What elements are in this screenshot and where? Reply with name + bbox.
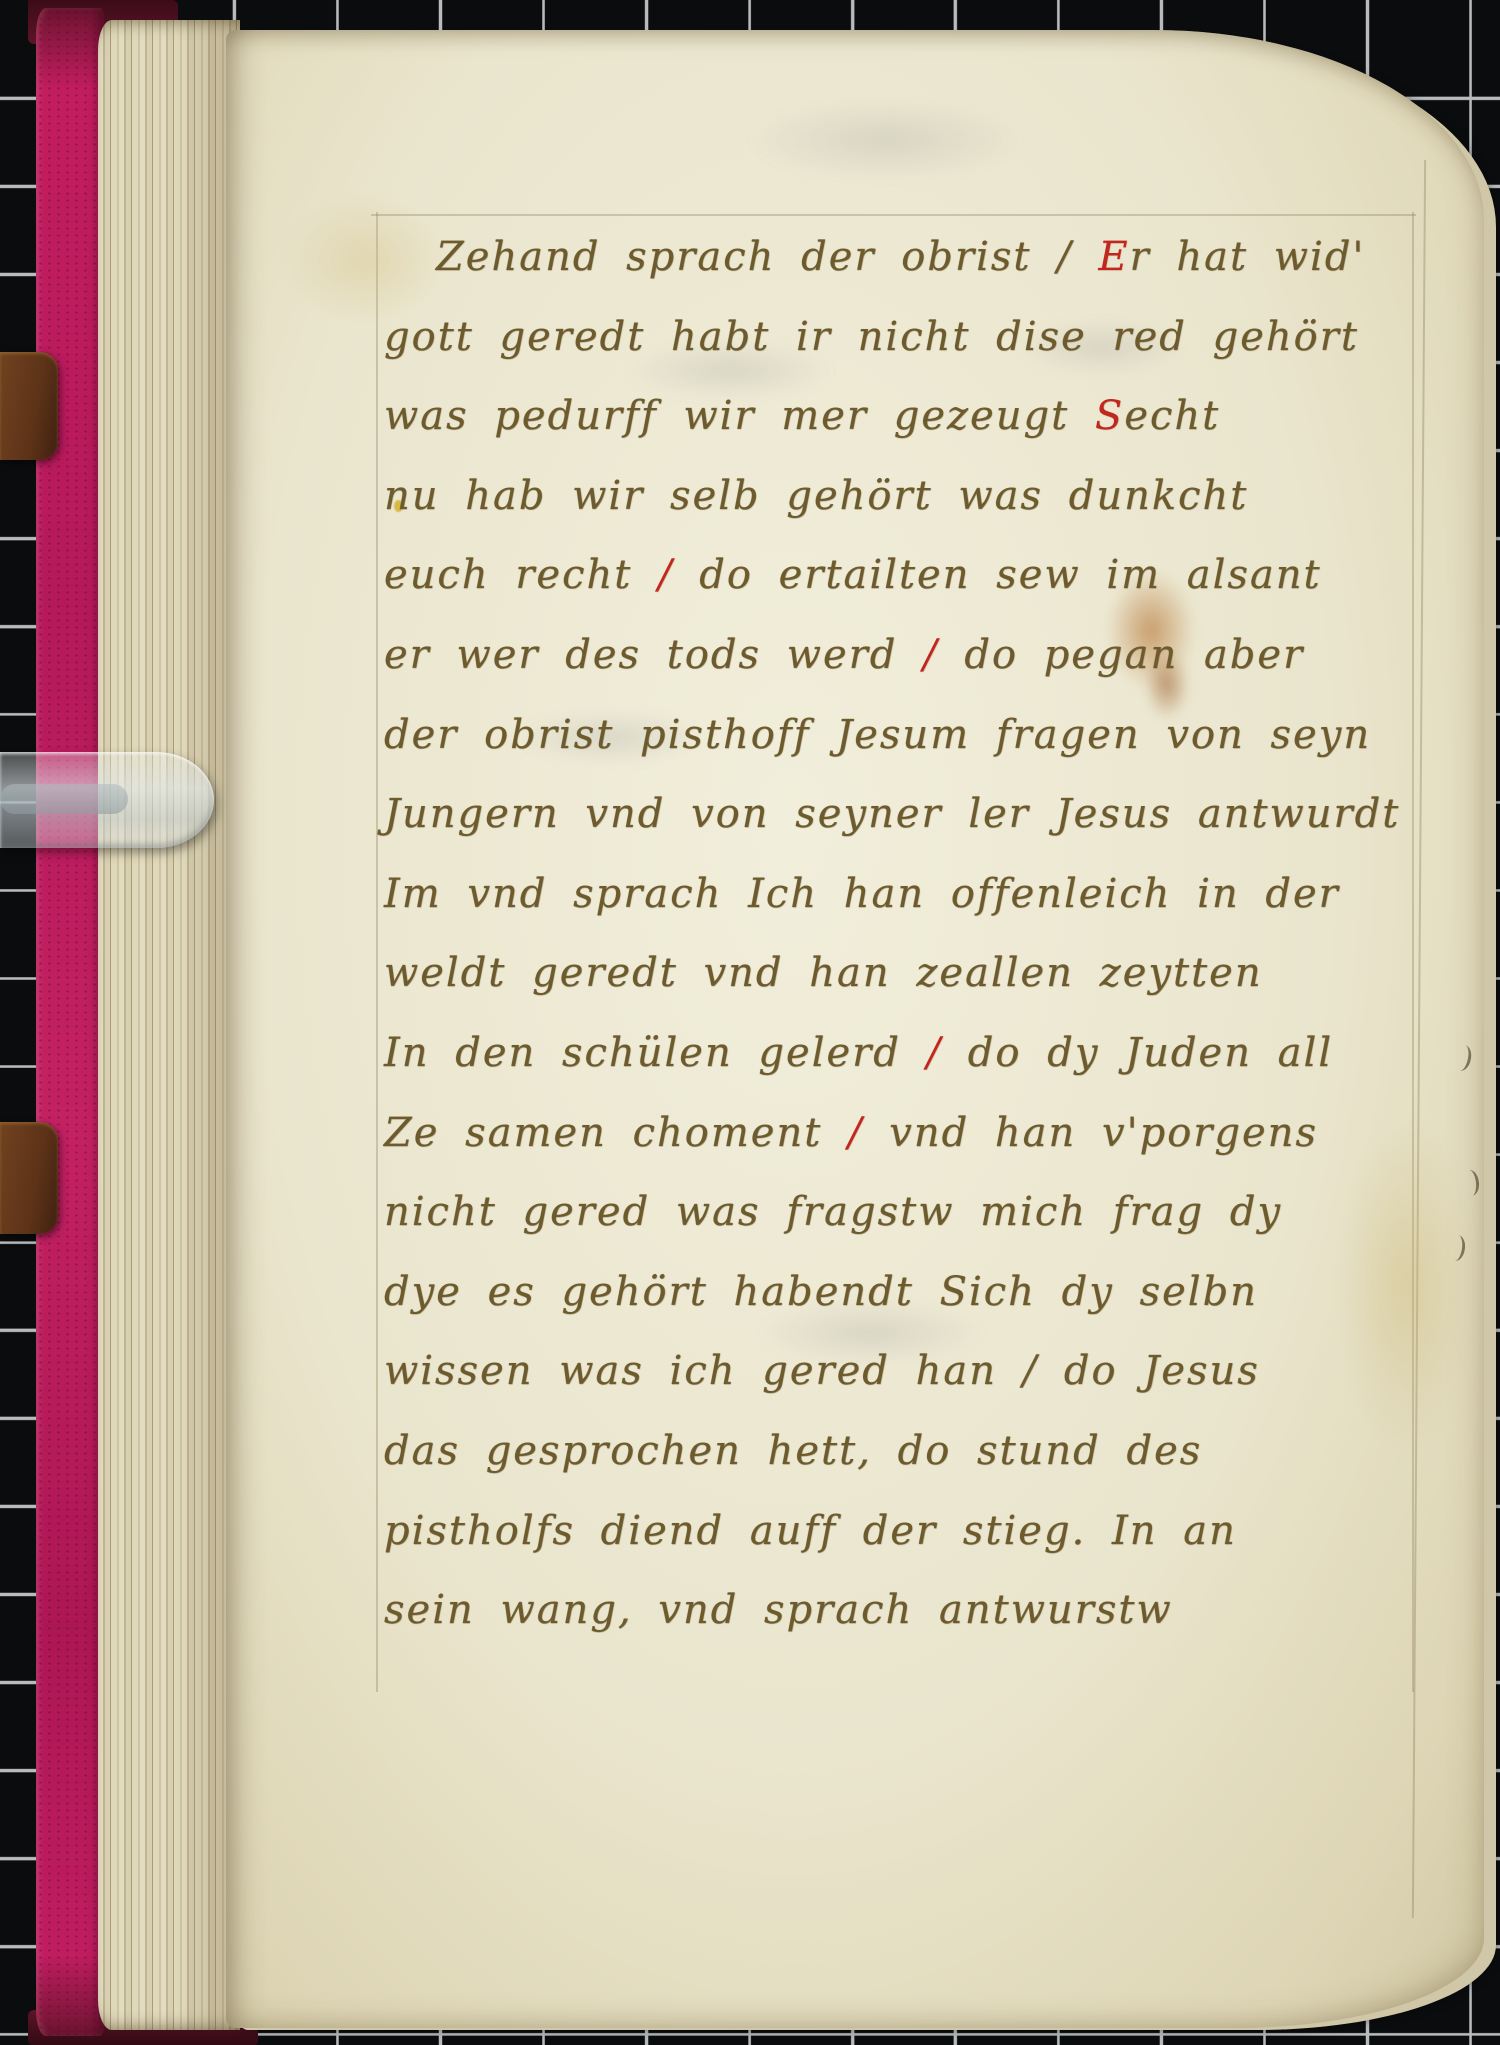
rubric-mark: /	[848, 1110, 863, 1156]
page-holder-clip	[0, 752, 214, 848]
manuscript-line-13: nicht gered was fragstw mich frag dy	[384, 1173, 1424, 1253]
rubric-mark: /	[923, 632, 938, 678]
manuscript-line-3: was pedurff wir mer gezeugt Secht	[384, 377, 1424, 457]
manuscript-line-8: Jungern vnd von seyner ler Jesus antwurd…	[384, 775, 1424, 855]
manuscript-page: Zehand sprach der obrist / Er hat wid'go…	[226, 30, 1484, 2028]
ruling-line-left	[376, 212, 378, 1692]
manuscript-photo-scene: Zehand sprach der obrist / Er hat wid'go…	[0, 0, 1500, 2045]
manuscript-line-17: pistholfs diend auff der stieg. In an	[384, 1492, 1424, 1572]
clasp-remnant-lower	[0, 1122, 58, 1234]
manuscript-line-2: gott geredt habt ir nicht dise red gehör…	[384, 298, 1424, 378]
ruling-line-top	[371, 214, 1416, 216]
rubric-mark: /	[658, 552, 673, 598]
rubric-mark: /	[927, 1030, 942, 1076]
show-through-mark	[1451, 1044, 1473, 1073]
manuscript-line-4: nu hab wir selb gehört was dunkcht	[384, 457, 1424, 537]
rubric-mark: S	[1095, 393, 1124, 439]
manuscript-line-9: Im vnd sprach Ich han offenleich in der	[384, 855, 1424, 935]
manuscript-line-7: der obrist pisthoff Jesum fragen von sey…	[384, 696, 1424, 776]
manuscript-line-16: das gesprochen hett, do stund des	[384, 1412, 1424, 1492]
manuscript-line-12: Ze samen choment / vnd han v'porgens	[384, 1094, 1424, 1174]
show-through-smudge	[746, 100, 1026, 180]
page-stack-edges	[98, 20, 240, 2030]
clasp-remnant-upper	[0, 352, 58, 460]
text-block: Zehand sprach der obrist / Er hat wid'go…	[384, 218, 1424, 1651]
fore-edge-pink	[36, 8, 104, 2036]
manuscript-line-18: sein wang, vnd sprach antwurstw	[384, 1571, 1424, 1651]
manuscript-line-15: wissen was ich gered han / do Jesus	[384, 1332, 1424, 1412]
manuscript-line-6: er wer des tods werd / do pegan aber	[384, 616, 1424, 696]
manuscript-line-14: dye es gehört habendt Sich dy selbn	[384, 1253, 1424, 1333]
manuscript-line-1: Zehand sprach der obrist / Er hat wid'	[436, 218, 1424, 298]
manuscript-line-10: weldt geredt vnd han zeallen zeytten	[384, 934, 1424, 1014]
manuscript-line-5: euch recht / do ertailten sew im alsant	[384, 536, 1424, 616]
rubric-mark: E	[1098, 234, 1129, 280]
manuscript-line-11: In den schülen gelerd / do dy Juden all	[384, 1014, 1424, 1094]
